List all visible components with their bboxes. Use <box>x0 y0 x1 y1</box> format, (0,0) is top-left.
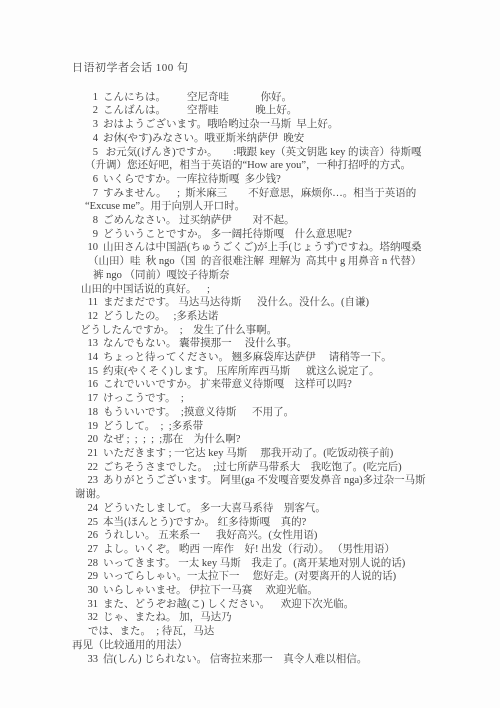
line-text: こんにちは。 空尼奇哇 你好。 <box>103 91 488 105</box>
line-text: よし。いくぞ。 哟西 一库作 好! 出发（行动）。 （男性用语） <box>103 543 488 557</box>
line-number: 5 <box>84 146 98 160</box>
phrase-line: 3おはようございます。哦哈哟过杂一马斯 早上好。 <box>72 118 488 132</box>
line-number: 10 <box>84 241 98 255</box>
phrase-line: 11まだまだです。 马达马达待斯 没什么。没什么。(自谦) <box>72 296 488 310</box>
line-number: 25 <box>84 516 98 530</box>
line-text: では、また。 ; 待瓦，马达 <box>88 626 214 637</box>
line-number: 6 <box>84 173 98 187</box>
line-number: 32 <box>84 611 98 625</box>
line-text: けっこうです。 ; <box>103 392 488 406</box>
line-number: 26 <box>84 529 98 543</box>
phrase-line-continuation: では、また。 ; 待瓦，马达 <box>72 625 488 639</box>
phrase-line: 6いくらですか。一库拉待斯嘎 多少钱? <box>72 173 488 187</box>
phrase-line: 25本当(ほんとう)ですか。 红多待斯嘎 真的? <box>72 516 488 530</box>
phrase-line: 20なぜ ; ; ; ; ;那在 为什么啊? <box>72 433 488 447</box>
line-text: 裤 ngo （同前）嘎饺子待斯奈 <box>93 270 230 281</box>
phrase-line: 12どうしたの。 ;多系达诺 <box>72 310 488 324</box>
phrase-line: 32じゃ、またね。 加，马达乃 <box>72 611 488 625</box>
line-text: なぜ ; ; ; ; ;那在 为什么啊? <box>103 433 488 447</box>
line-number: 9 <box>84 228 98 242</box>
phrase-line-continuation: （山田）哇 秋 ngo（国 的音很难注解 理解为 高其中 g 用鼻音 n 代替） <box>72 255 488 269</box>
line-number: 30 <box>84 584 98 598</box>
phrase-line: 10山田さんは中国語(ちゅうごくご)が上手(じょうず)ですね。塔纳嘎桑 <box>72 241 488 255</box>
line-text: もういいです。 ;摸意义待斯 不用了。 <box>103 406 488 420</box>
phrase-line: 8ごめんなさい。 过买纳萨伊 对不起。 <box>72 214 488 228</box>
line-text: なんでもない。 囊带摸那一 没什么事。 <box>103 337 488 351</box>
phrase-line-continuation: “Excuse me”。用于向别人开口时。 <box>72 200 488 214</box>
line-text: お元気(げんき)ですか。 :哦跟 key（英文钥匙 key 的读音）待斯嘎 <box>103 146 488 160</box>
phrase-line: 17けっこうです。 ; <box>72 392 488 406</box>
phrase-line: 13なんでもない。 囊带摸那一 没什么事。 <box>72 337 488 351</box>
phrase-line-continuation: 再见（比较通用的用法） <box>72 639 488 653</box>
phrase-line: 24どういたしまして。 多一大喜马系待 别客气。 <box>72 502 488 516</box>
line-text: どうして。 ; ;多系带 <box>103 420 488 434</box>
line-number: 22 <box>84 461 98 475</box>
phrase-line: 5 お元気(げんき)ですか。 :哦跟 key（英文钥匙 key 的读音）待斯嘎 <box>72 146 488 160</box>
line-text: 山田さんは中国語(ちゅうごくご)が上手(じょうず)ですね。塔纳嘎桑 <box>103 241 488 255</box>
line-text: じゃ、またね。 加，马达乃 <box>103 611 488 625</box>
line-number: 23 <box>84 474 98 488</box>
line-number: 8 <box>84 214 98 228</box>
line-text: 约束(やくそく)します。 压库所库西马斯 就这么说定了。 <box>103 365 488 379</box>
line-number: 28 <box>84 557 98 571</box>
phrase-line: 18もういいです。 ;摸意义待斯 不用了。 <box>72 406 488 420</box>
line-number: 29 <box>84 570 98 584</box>
phrase-line-continuation: （升调）您还好吧，相当于英语的“How are you”，一种打招呼的方式。 <box>72 159 488 173</box>
line-text: 本当(ほんとう)ですか。 红多待斯嘎 真的? <box>103 516 488 530</box>
phrase-line: 30いらしゃいませ。 伊拉下一马赛 欢迎光临。 <box>72 584 488 598</box>
line-text: 谢谢。 <box>75 489 107 500</box>
line-text: どうしたの。 ;多系达诺 <box>103 310 488 324</box>
phrase-line: 14ちょっと待ってください。 翘多麻袋库达萨伊 请稍等一下。 <box>72 351 488 365</box>
document-page: 日语初学者会话 100 句 1こんにちは。 空尼奇哇 你好。2こんばんは。 空帮… <box>0 0 500 708</box>
phrase-line: 22ごちそうさまでした。 ;过七所萨马带系大 我吃饱了。(吃完后) <box>72 461 488 475</box>
line-number: 4 <box>84 132 98 146</box>
line-number: 14 <box>84 351 98 365</box>
line-number: 18 <box>84 406 98 420</box>
line-text: 再见（比较通用的用法） <box>72 640 188 651</box>
line-text: おはようございます。哦哈哟过杂一马斯 早上好。 <box>103 118 488 132</box>
phrase-line: 16これでいいですか。 扩来带意义待斯嘎 这样可以吗? <box>72 378 488 392</box>
line-text: いってきます。 一太 key 马斯 我走了。(离开某地对别人说的话) <box>103 557 488 571</box>
line-number: 33 <box>84 653 98 667</box>
line-text: （升调）您还好吧，相当于英语的“How are you”，一种打招呼的方式。 <box>85 160 411 171</box>
line-text: これでいいですか。 扩来带意义待斯嘎 这样可以吗? <box>103 378 488 392</box>
line-number: 15 <box>84 365 98 379</box>
phrase-line: 26うれしい。 五来系一 我好高兴。(女性用语) <box>72 529 488 543</box>
phrase-list: 1こんにちは。 空尼奇哇 你好。2こんばんは。 空帮哇 晚上好。3おはようござい… <box>72 91 488 667</box>
phrase-line-continuation: どうしたんですか。 ; 发生了什么事啊。 <box>72 324 488 338</box>
phrase-line: 2こんばんは。 空帮哇 晚上好。 <box>72 104 488 118</box>
line-text: まだまだです。 马达马达待斯 没什么。没什么。(自谦) <box>103 296 488 310</box>
line-text: いらしゃいませ。 伊拉下一马赛 欢迎光临。 <box>103 584 488 598</box>
line-text: また、どうぞお越(こ) しください。 欢迎下次光临。 <box>103 598 488 612</box>
line-number: 20 <box>84 433 98 447</box>
phrase-line: 31また、どうぞお越(こ) しください。 欢迎下次光临。 <box>72 598 488 612</box>
phrase-line: 7すみません。 ; 斯米麻三 不好意思，麻烦你…。相当于英语的 <box>72 187 488 201</box>
line-text: ごめんなさい。 过买纳萨伊 对不起。 <box>103 214 488 228</box>
line-number: 19 <box>84 420 98 434</box>
phrase-line-continuation: 山田的中国话说的真好。 ; <box>72 283 488 297</box>
phrase-line: 4お休(やす)みなさい。哦亚斯米纳萨伊 晚安 <box>72 132 488 146</box>
line-number: 24 <box>84 502 98 516</box>
line-text: どういたしまして。 多一大喜马系待 别客气。 <box>103 502 488 516</box>
document-title: 日语初学者会话 100 句 <box>72 62 488 76</box>
phrase-line: 9どういうことですか。 多一阔托待斯嘎 什么意思呢? <box>72 228 488 242</box>
line-text: 山田的中国话说的真好。 ; <box>81 284 210 295</box>
line-number: 11 <box>84 296 98 310</box>
line-number: 27 <box>84 543 98 557</box>
line-number: 31 <box>84 598 98 612</box>
line-text: “Excuse me”。用于向别人开口时。 <box>85 201 245 212</box>
line-text: すみません。 ; 斯米麻三 不好意思，麻烦你…。相当于英语的 <box>103 187 488 201</box>
line-number: 1 <box>84 91 98 105</box>
line-text: ありがとうございます。 阿里(ga 不发嘎音要发鼻音 nga)多过杂一马斯 <box>103 474 488 488</box>
line-text: ごちそうさまでした。 ;过七所萨马带系大 我吃饱了。(吃完后) <box>103 461 488 475</box>
line-number: 13 <box>84 337 98 351</box>
line-number: 2 <box>84 104 98 118</box>
phrase-line: 28いってきます。 一太 key 马斯 我走了。(离开某地对别人说的话) <box>72 557 488 571</box>
phrase-line: 23ありがとうございます。 阿里(ga 不发嘎音要发鼻音 nga)多过杂一马斯 <box>72 474 488 488</box>
line-text: どうしたんですか。 ; 发生了什么事啊。 <box>80 325 277 336</box>
line-text: いくらですか。一库拉待斯嘎 多少钱? <box>103 173 488 187</box>
phrase-line: 27よし。いくぞ。 哟西 一库作 好! 出发（行动）。 （男性用语） <box>72 543 488 557</box>
line-number: 3 <box>84 118 98 132</box>
line-text: ちょっと待ってください。 翘多麻袋库达萨伊 请稍等一下。 <box>103 351 488 365</box>
phrase-line-continuation: 裤 ngo （同前）嘎饺子待斯奈 <box>72 269 488 283</box>
line-text: （山田）哇 秋 ngo（国 的音很难注解 理解为 高其中 g 用鼻音 n 代替） <box>88 256 421 267</box>
line-number: 17 <box>84 392 98 406</box>
line-text: いただきます ; 一它达 key 马斯 那我开动了。(吃饭动筷子前) <box>103 447 488 461</box>
line-text: いってらしゃい。一太拉下一 您好走。(对要离开的人说的话) <box>103 570 488 584</box>
line-text: こんばんは。 空帮哇 晚上好。 <box>103 104 488 118</box>
phrase-line: 29いってらしゃい。一太拉下一 您好走。(对要离开的人说的话) <box>72 570 488 584</box>
phrase-line: 19どうして。 ; ;多系带 <box>72 420 488 434</box>
phrase-line: 33信(しん) じられない。 信寄拉来那一 真令人难以相信。 <box>72 653 488 667</box>
line-text: お休(やす)みなさい。哦亚斯米纳萨伊 晚安 <box>103 132 488 146</box>
line-number: 21 <box>84 447 98 461</box>
line-text: どういうことですか。 多一阔托待斯嘎 什么意思呢? <box>103 228 488 242</box>
phrase-line: 1こんにちは。 空尼奇哇 你好。 <box>72 91 488 105</box>
line-number: 16 <box>84 378 98 392</box>
line-number: 12 <box>84 310 98 324</box>
line-number: 7 <box>84 187 98 201</box>
line-text: うれしい。 五来系一 我好高兴。(女性用语) <box>103 529 488 543</box>
phrase-line: 21いただきます ; 一它达 key 马斯 那我开动了。(吃饭动筷子前) <box>72 447 488 461</box>
line-text: 信(しん) じられない。 信寄拉来那一 真令人难以相信。 <box>103 653 488 667</box>
phrase-line: 15约束(やくそく)します。 压库所库西马斯 就这么说定了。 <box>72 365 488 379</box>
phrase-line-continuation: 谢谢。 <box>72 488 488 502</box>
